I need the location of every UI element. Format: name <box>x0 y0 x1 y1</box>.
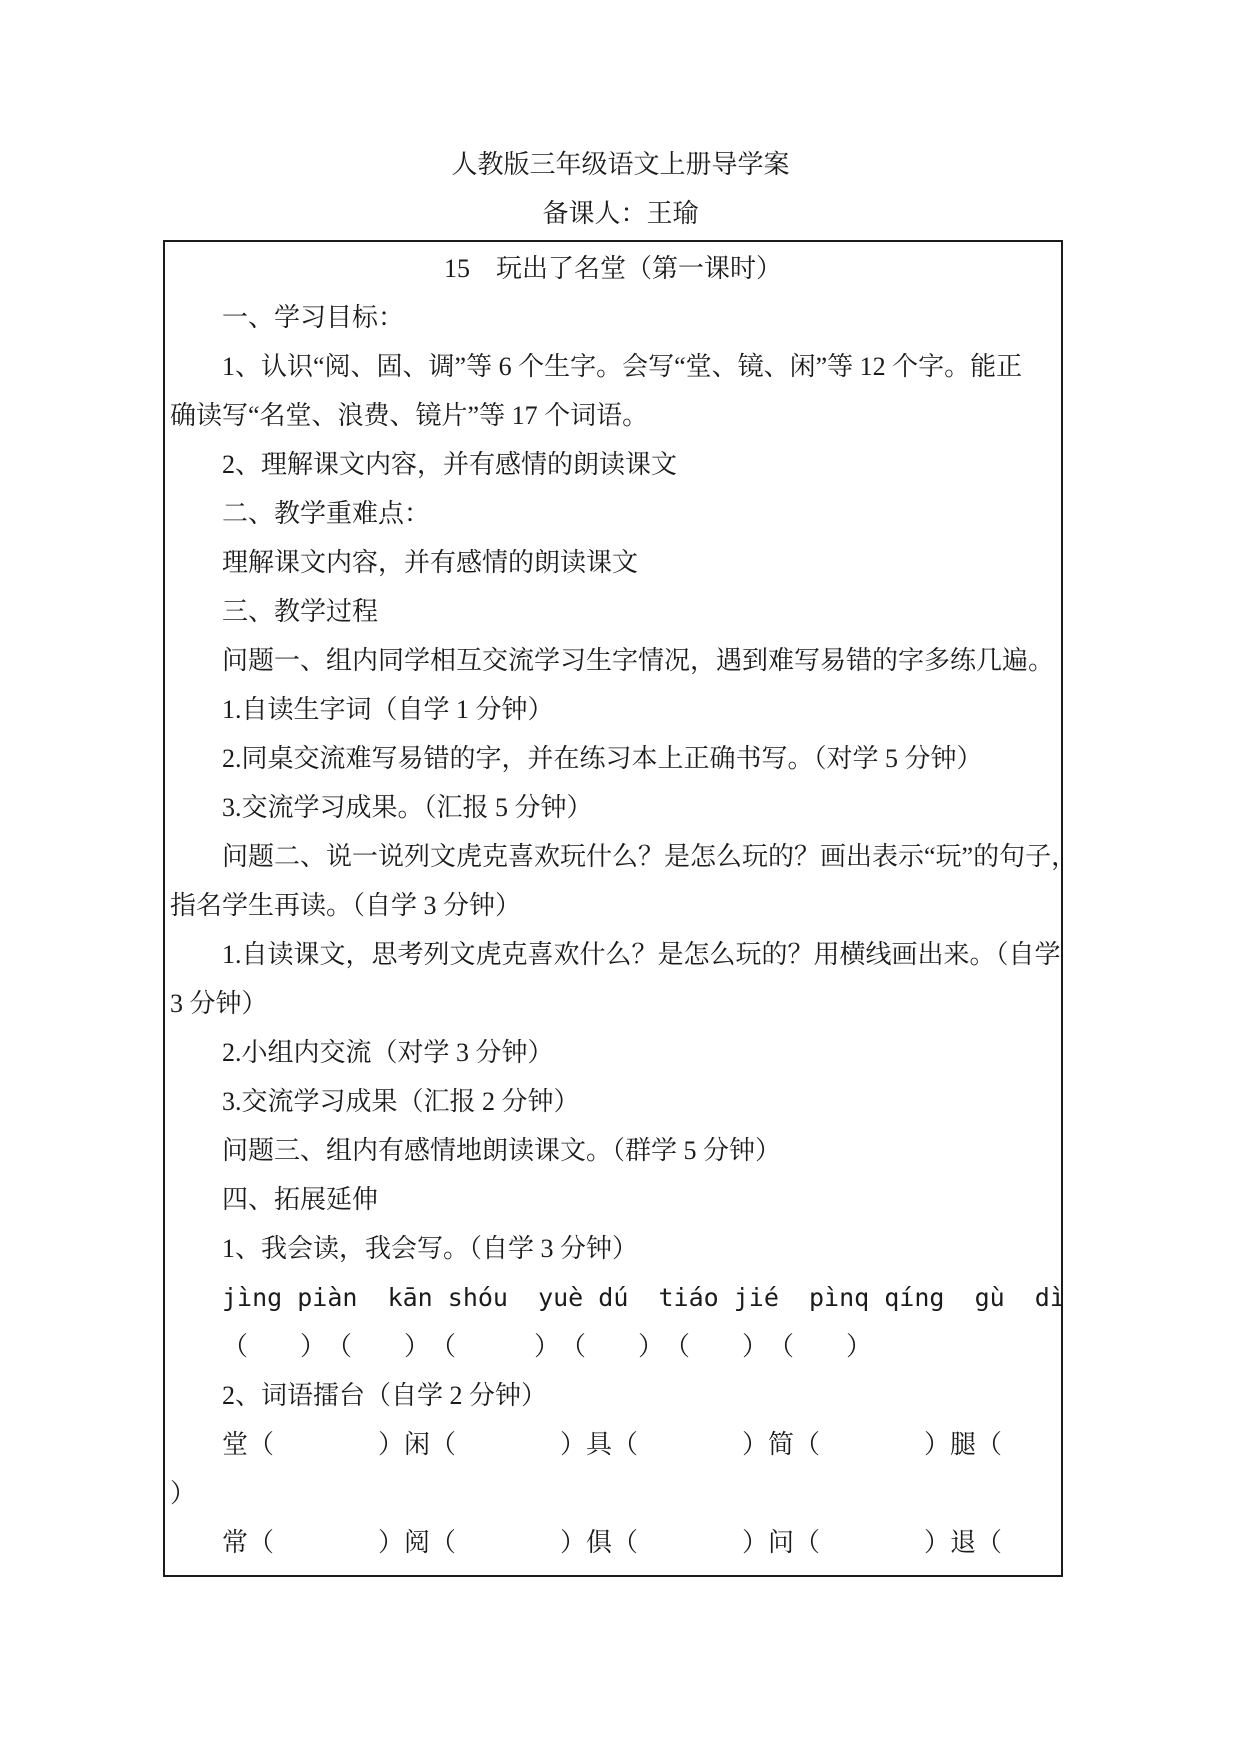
doc-line-question-2: 问题二、说一说列文虎克喜欢玩什么？是怎么玩的？画出表示“玩”的句子， <box>170 832 1056 881</box>
doc-line-q2-step-1: 1.自读课文，思考列文虎克喜欢什么？是怎么玩的？用横线画出来。（自学 <box>170 930 1056 979</box>
doc-line-q1-step-2: 2.同桌交流难写易错的字，并在练习本上正确书写。（对学 5 分钟） <box>170 734 1056 783</box>
doc-title: 人教版三年级语文上册导学案 <box>0 140 1241 189</box>
doc-line-answer-blanks: （ ） （ ） （ ） （ ） （ ） （ ） <box>170 1322 1056 1371</box>
doc-line-q1-step-1: 1.自读生字词（自学 1 分钟） <box>170 685 1056 734</box>
doc-line-word-row-2: 常（ ）阅（ ）俱（ ）问（ ）退（ <box>170 1518 1056 1567</box>
lesson-box: 15 玩出了名堂（第一课时） 一、学习目标： 1、认识“阅、固、调”等 6 个生… <box>163 240 1063 1577</box>
doc-line-extension-header: 四、拓展延伸 <box>170 1175 1056 1224</box>
doc-line-question-3: 问题三、组内有感情地朗读课文。（群学 5 分钟） <box>170 1126 1056 1175</box>
doc-line-question-2-cont: 指名学生再读。（自学 3 分钟） <box>170 881 1056 930</box>
doc-line-ext-task-2: 2、词语擂台（自学 2 分钟） <box>170 1371 1056 1420</box>
doc-line-goal-2: 2、理解课文内容，并有感情的朗读课文 <box>170 440 1056 489</box>
doc-line-goal-1: 1、认识“阅、固、调”等 6 个生字。会写“堂、镜、闲”等 12 个字。能正 <box>170 342 1056 391</box>
lesson-heading: 15 玩出了名堂（第一课时） <box>170 244 1056 293</box>
doc-line-q2-step-3: 3.交流学习成果（汇报 2 分钟） <box>170 1077 1056 1126</box>
doc-line-keypoints-header: 二、教学重难点： <box>170 489 1056 538</box>
doc-line-question-1: 问题一、组内同学相互交流学习生字情况，遇到难写易错的字多练几遍。 <box>170 636 1056 685</box>
doc-line-goals-header: 一、学习目标： <box>170 293 1056 342</box>
doc-line-word-row-1: 堂（ ）闲（ ）具（ ）简（ ）腿（ <box>170 1420 1056 1469</box>
prepared-by-line: 备课人：王瑜 <box>0 189 1241 238</box>
doc-line-keypoints-body: 理解课文内容，并有感情的朗读课文 <box>170 538 1056 587</box>
doc-line-process-header: 三、教学过程 <box>170 587 1056 636</box>
document-page: 人教版三年级语文上册导学案 备课人：王瑜 15 玩出了名堂（第一课时） 一、学习… <box>0 0 1241 1577</box>
doc-line-goal-1-cont: 确读写“名堂、浪费、镜片”等 17 个词语。 <box>170 391 1056 440</box>
doc-line-q1-step-3: 3.交流学习成果。（汇报 5 分钟） <box>170 783 1056 832</box>
doc-line-q2-step-1-cont: 3 分钟） <box>170 979 1056 1028</box>
doc-line-pinyin: jìng piàn kān shóu yuè dú tiáo jié pìnq … <box>170 1273 1056 1322</box>
doc-line-ext-task-1: 1、我会读，我会写。（自学 3 分钟） <box>170 1224 1056 1273</box>
doc-line-word-row-1-cont: ） <box>170 1469 1056 1518</box>
doc-line-q2-step-2: 2.小组内交流（对学 3 分钟） <box>170 1028 1056 1077</box>
